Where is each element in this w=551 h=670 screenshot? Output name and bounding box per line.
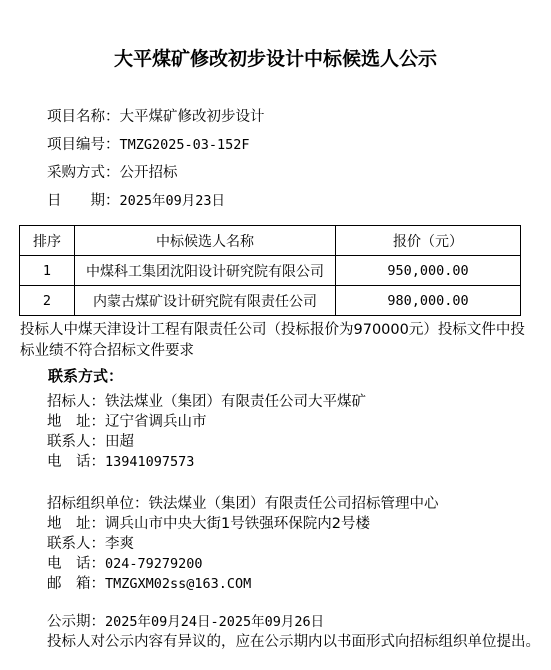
organizer-email-line: 邮 箱：TMZGXM02ss@163.COM [47,574,551,594]
procurement-method-line: 采购方式：公开招标 [47,159,551,187]
table-header-row: 排序 中标候选人名称 报价（元） [20,226,521,256]
tenderer-address-line: 地 址：辽宁省调兵山市 [47,412,551,432]
organizer-person-label: 联系人： [47,536,105,552]
contact-heading: 联系方式： [48,366,551,386]
announcement-document: 大平煤矿修改初步设计中标候选人公示 项目名称：大平煤矿修改初步设计 项目编号：T… [0,0,551,670]
organizer-address-line: 地 址：调兵山市中央大街1号铁强环保院内2号楼 [47,514,551,534]
organizer-phone-label: 电 话： [47,556,105,572]
candidate-name-cell: 内蒙古煤矿设计研究院有限责任公司 [75,286,336,316]
candidates-table: 排序 中标候选人名称 报价（元） 1 中煤科工集团沈阳设计研究院有限公司 950… [19,225,521,316]
objection-note-line: 投标人对公示内容有异议的，应在公示期内以书面形式向招标组织单位提出。 [47,632,551,652]
tenderer-line: 招标人：铁法煤业（集团）有限责任公司大平煤矿 [47,392,551,412]
tenderer-address-label: 地 址： [47,414,105,430]
footer-block: 公示期：2025年09月24日-2025年09月26日 投标人对公示内容有异议的… [47,612,551,652]
header-candidate-name: 中标候选人名称 [75,226,336,256]
header-rank: 排序 [20,226,75,256]
project-name-line: 项目名称：大平煤矿修改初步设计 [47,103,551,131]
tenderer-phone-line: 电 话：13941097573 [47,452,551,472]
tenderer-phone-label: 电 话： [47,454,105,470]
organizer-address-label: 地 址： [47,516,105,532]
project-info-block: 项目名称：大平煤矿修改初步设计 项目编号：TMZG2025-03-152F 采购… [47,103,551,215]
organizer-address-value: 调兵山市中央大街1号铁强环保院内2号楼 [105,516,370,532]
publicity-period-label: 公示期： [47,614,105,630]
procurement-method-value: 公开招标 [120,165,178,181]
rank-cell: 2 [20,286,75,316]
procurement-method-label: 采购方式： [47,165,120,181]
price-cell: 950,000.00 [336,256,521,286]
organizer-line: 招标组织单位：铁法煤业（集团）有限责任公司招标管理中心 [47,494,551,514]
tenderer-person-line: 联系人：田超 [47,432,551,452]
publicity-period-value: 2025年09月24日-2025年09月26日 [105,614,324,630]
page-title: 大平煤矿修改初步设计中标候选人公示 [0,0,551,71]
price-cell: 980,000.00 [336,286,521,316]
tenderer-address-value: 辽宁省调兵山市 [105,414,207,430]
project-name-value: 大平煤矿修改初步设计 [120,109,265,125]
organizer-person-value: 李爽 [105,536,134,552]
organizer-email-label: 邮 箱： [47,576,105,592]
publicity-period-line: 公示期：2025年09月24日-2025年09月26日 [47,612,551,632]
organizer-phone-value: 024-79279200 [105,556,203,572]
project-number-label: 项目编号： [47,137,120,153]
organizer-contact-block: 招标组织单位：铁法煤业（集团）有限责任公司招标管理中心 地 址：调兵山市中央大街… [47,494,551,594]
project-number-line: 项目编号：TMZG2025-03-152F [47,131,551,159]
header-price: 报价（元） [336,226,521,256]
disqualification-note: 投标人中煤天津设计工程有限责任公司（投标报价为970000元）投标文件中投标业绩… [20,320,534,362]
date-line: 日 期：2025年09月23日 [47,187,551,215]
tenderer-person-label: 联系人： [47,434,105,450]
table-row: 1 中煤科工集团沈阳设计研究院有限公司 950,000.00 [20,256,521,286]
tenderer-person-value: 田超 [105,434,134,450]
tenderer-contact-block: 招标人：铁法煤业（集团）有限责任公司大平煤矿 地 址：辽宁省调兵山市 联系人：田… [47,392,551,472]
project-name-label: 项目名称： [47,109,120,125]
organizer-person-line: 联系人：李爽 [47,534,551,554]
table-row: 2 内蒙古煤矿设计研究院有限责任公司 980,000.00 [20,286,521,316]
candidate-name-cell: 中煤科工集团沈阳设计研究院有限公司 [75,256,336,286]
date-value: 2025年09月23日 [120,193,226,209]
organizer-label: 招标组织单位： [47,496,149,512]
tenderer-phone-value: 13941097573 [105,454,194,470]
tenderer-label: 招标人： [47,394,105,410]
rank-cell: 1 [20,256,75,286]
organizer-phone-line: 电 话：024-79279200 [47,554,551,574]
project-number-value: TMZG2025-03-152F [120,137,250,153]
date-label: 日 期： [47,193,120,209]
organizer-value: 铁法煤业（集团）有限责任公司招标管理中心 [149,496,439,512]
tenderer-value: 铁法煤业（集团）有限责任公司大平煤矿 [105,394,366,410]
organizer-email-value: TMZGXM02ss@163.COM [105,576,251,592]
